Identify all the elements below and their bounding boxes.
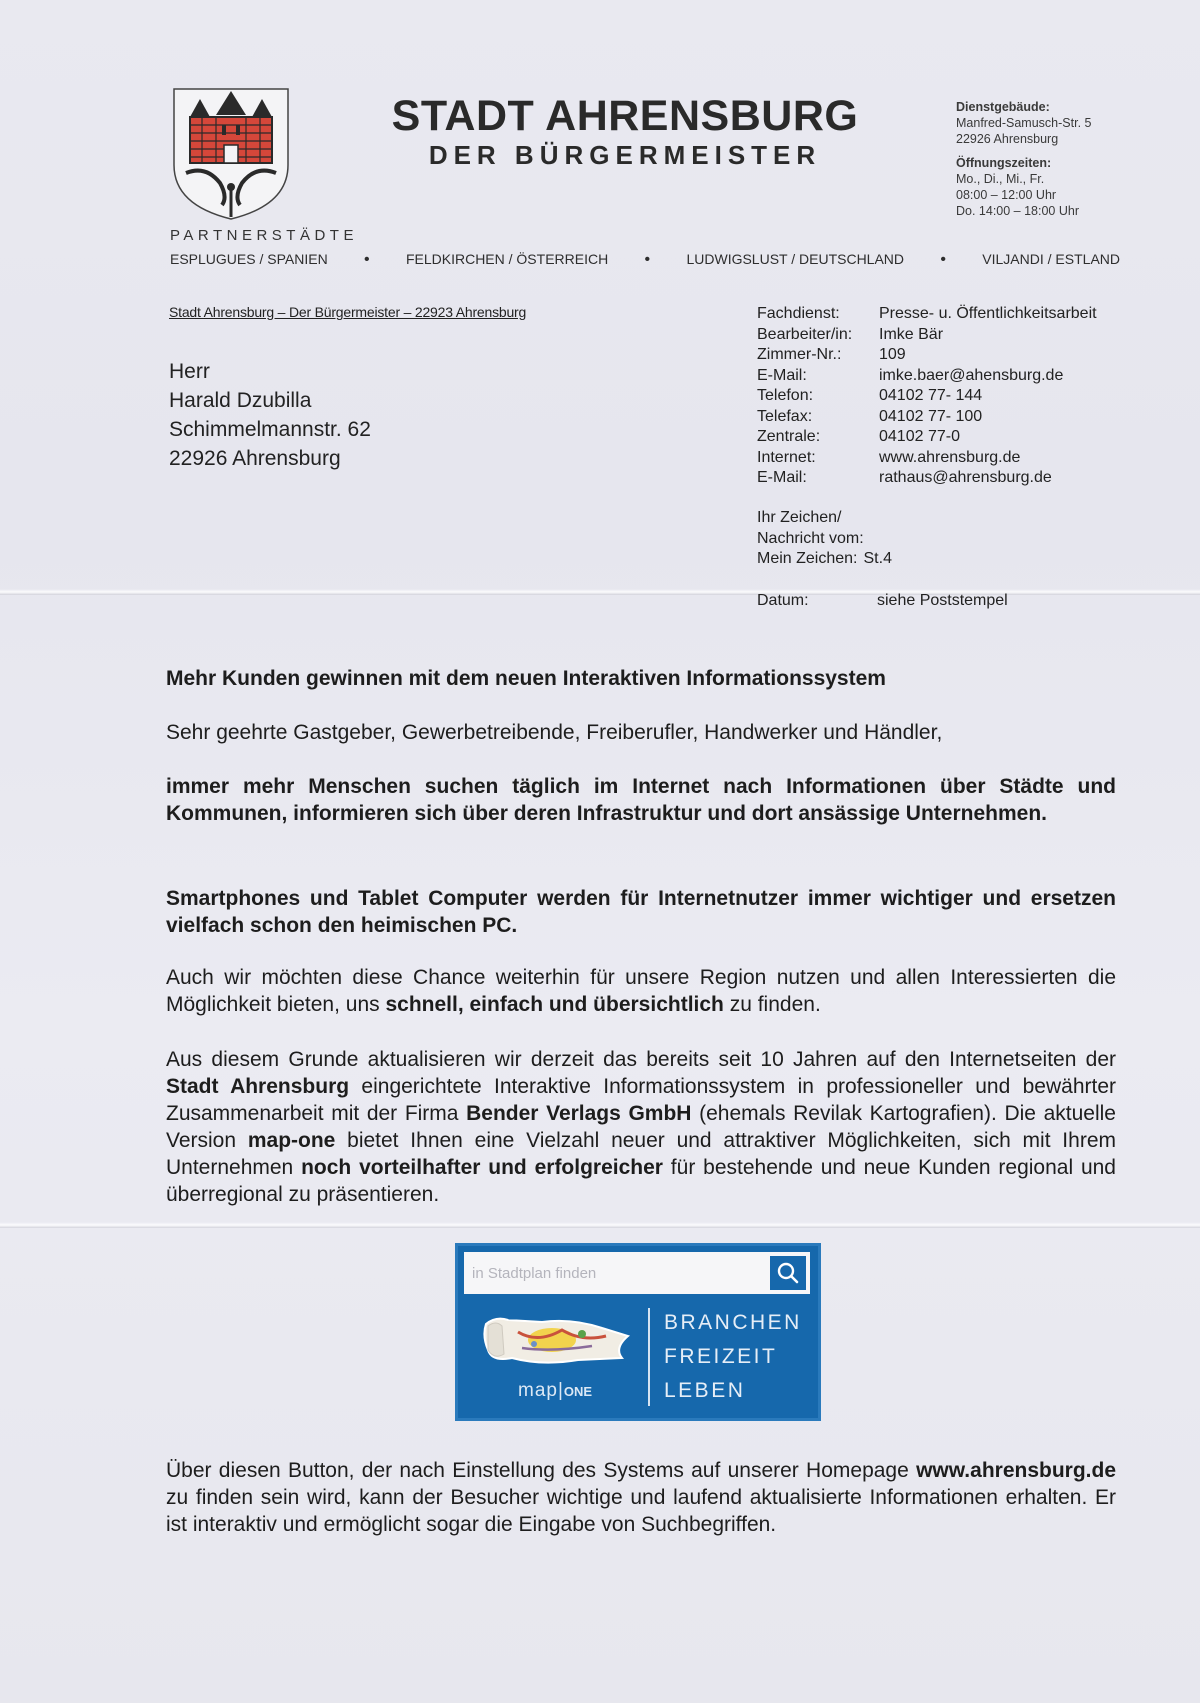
recipient-city: 22926 Ahrensburg [169, 444, 371, 473]
partner-city: ESPLUGUES / SPANIEN [170, 251, 328, 269]
paragraph-1: immer mehr Menschen suchen täglich im In… [166, 773, 1116, 827]
hours-2: Do. 14:00 – 18:00 Uhr [956, 203, 1091, 219]
paragraph-4: Aus diesem Grunde aktualisieren wir derz… [166, 1046, 1116, 1208]
contact-label: Telefax: [757, 407, 879, 428]
text-run-bold: Bender Verlags GmbH [466, 1102, 691, 1125]
text-run: Aus diesem Grunde aktualisieren wir derz… [166, 1048, 1116, 1071]
hours-1: 08:00 – 12:00 Uhr [956, 187, 1091, 203]
homepage-link[interactable]: www.ahrensburg.de [916, 1459, 1116, 1482]
contact-row: E-Mail:rathaus@ahrensburg.de [757, 468, 1097, 489]
contact-row: E-Mail:imke.baer@ahensburg.de [757, 366, 1097, 387]
menu-item-branchen[interactable]: BRANCHEN [664, 1306, 802, 1340]
text-run-bold: noch vorteilhafter und erfolgreicher [301, 1156, 663, 1179]
contact-label: Zimmer-Nr.: [757, 345, 879, 366]
search-button[interactable] [770, 1256, 806, 1290]
hours-label: Öffnungszeiten: [956, 155, 1091, 171]
contact-value: 04102 77-0 [879, 427, 960, 448]
search-input[interactable] [464, 1264, 764, 1283]
recipient-street: Schimmelmannstr. 62 [169, 415, 371, 444]
my-ref-label: Mein Zeichen: [757, 549, 858, 570]
letterhead-title: STADT AHRENSBURG [385, 92, 865, 141]
contact-value: 04102 77- 144 [879, 386, 982, 407]
contact-row: Fachdienst:Presse- u. Öffentlichkeitsarb… [757, 304, 1097, 325]
contact-value: 109 [879, 345, 906, 366]
contact-label: E-Mail: [757, 366, 879, 387]
menu-item-leben[interactable]: LEBEN [664, 1374, 802, 1408]
contact-value: 04102 77- 100 [879, 407, 982, 428]
building-city: 22926 Ahrensburg [956, 131, 1091, 147]
your-ref-label: Ihr Zeichen/ [757, 508, 892, 529]
contact-row: Zentrale:04102 77-0 [757, 427, 1097, 448]
partner-cities-list: ESPLUGUES / SPANIEN • FELDKIRCHEN / ÖSTE… [170, 251, 1120, 269]
logo-map-text: map| [518, 1380, 564, 1401]
map-one-logo: map|ONE [518, 1380, 592, 1402]
date-row: Datum: siehe Poststempel [757, 592, 1008, 610]
date-value: siehe Poststempel [877, 592, 1008, 610]
contact-label: Zentrale: [757, 427, 879, 448]
paper-fold [0, 1222, 1200, 1228]
paragraph-2: Smartphones und Tablet Computer werden f… [166, 885, 1116, 939]
message-from-label: Nachricht vom: [757, 529, 892, 550]
hours-days: Mo., Di., Mi., Fr. [956, 171, 1091, 187]
reference-block: Ihr Zeichen/ Nachricht vom: Mein Zeichen… [757, 508, 892, 570]
contact-email-link[interactable]: rathaus@ahrensburg.de [879, 468, 1052, 489]
partner-city: VILJANDI / ESTLAND [982, 251, 1120, 269]
recipient-salutation: Herr [169, 357, 371, 386]
map-one-widget: map|ONE BRANCHEN FREIZEIT LEBEN [455, 1243, 821, 1421]
letter-headline: Mehr Kunden gewinnen mit dem neuen Inter… [166, 665, 1116, 692]
magnifier-icon [776, 1261, 800, 1285]
paper-fold [0, 589, 1200, 595]
date-label: Datum: [757, 592, 877, 610]
text-run: Über diesen Button, der nach Einstellung… [166, 1459, 916, 1482]
contact-value: Imke Bär [879, 325, 943, 346]
sender-return-line: Stadt Ahrensburg – Der Bürgermeister – 2… [169, 304, 526, 320]
text-run: zu finden sein wird, kann der Besucher w… [166, 1486, 1116, 1536]
partner-cities-label: PARTNERSTÄDTE [170, 227, 358, 244]
contact-website-link[interactable]: www.ahrensburg.de [879, 448, 1020, 469]
logo-one-text: ONE [564, 1384, 592, 1399]
search-bar [464, 1252, 810, 1294]
menu-item-freizeit[interactable]: FREIZEIT [664, 1340, 802, 1374]
separator-dot: • [645, 251, 651, 269]
recipient-name: Harald Dzubilla [169, 386, 371, 415]
partner-city: FELDKIRCHEN / ÖSTERREICH [406, 251, 608, 269]
map-illustration-icon [482, 1314, 632, 1366]
contact-value: Presse- u. Öffentlichkeitsarbeit [879, 304, 1097, 325]
contact-label: Bearbeiter/in: [757, 325, 879, 346]
contact-row: Bearbeiter/in:Imke Bär [757, 325, 1097, 346]
building-label: Dienstgebäude: [956, 99, 1091, 115]
contact-label: Fachdienst: [757, 304, 879, 325]
widget-menu: BRANCHEN FREIZEIT LEBEN [664, 1306, 802, 1408]
separator-dot: • [940, 251, 946, 269]
contact-label: E-Mail: [757, 468, 879, 489]
letter-salutation: Sehr geehrte Gastgeber, Gewerbetreibende… [166, 719, 1116, 746]
my-ref-value: St.4 [864, 549, 892, 570]
contact-label: Telefon: [757, 386, 879, 407]
my-ref-row: Mein Zeichen: St.4 [757, 549, 892, 570]
separator-dot: • [364, 251, 370, 269]
office-info: Dienstgebäude: Manfred-Samusch-Str. 5 22… [956, 99, 1091, 219]
building-street: Manfred-Samusch-Str. 5 [956, 115, 1091, 131]
castle-crest-icon [172, 87, 290, 221]
contact-row: Internet:www.ahrensburg.de [757, 448, 1097, 469]
contact-row: Telefax:04102 77- 100 [757, 407, 1097, 428]
contact-email-link[interactable]: imke.baer@ahensburg.de [879, 366, 1063, 387]
paragraph-5: Über diesen Button, der nach Einstellung… [166, 1457, 1116, 1538]
contact-label: Internet: [757, 448, 879, 469]
contact-row: Telefon:04102 77- 144 [757, 386, 1097, 407]
text-run-bold: schnell, einfach und übersichtlich [385, 993, 723, 1016]
recipient-address: Herr Harald Dzubilla Schimmelmannstr. 62… [169, 357, 371, 473]
text-run: zu finden. [724, 993, 821, 1016]
letterhead-subtitle: DER BÜRGERMEISTER [385, 140, 865, 171]
partner-city: LUDWIGSLUST / DEUTSCHLAND [686, 251, 904, 269]
widget-divider [648, 1308, 650, 1406]
paragraph-3: Auch wir möchten diese Chance weiterhin … [166, 964, 1116, 1018]
contact-row: Zimmer-Nr.:109 [757, 345, 1097, 366]
contact-info-block: Fachdienst:Presse- u. Öffentlichkeitsarb… [757, 304, 1097, 489]
text-run-bold: Stadt Ahrensburg [166, 1075, 349, 1098]
text-run-bold: map-one [248, 1129, 336, 1152]
